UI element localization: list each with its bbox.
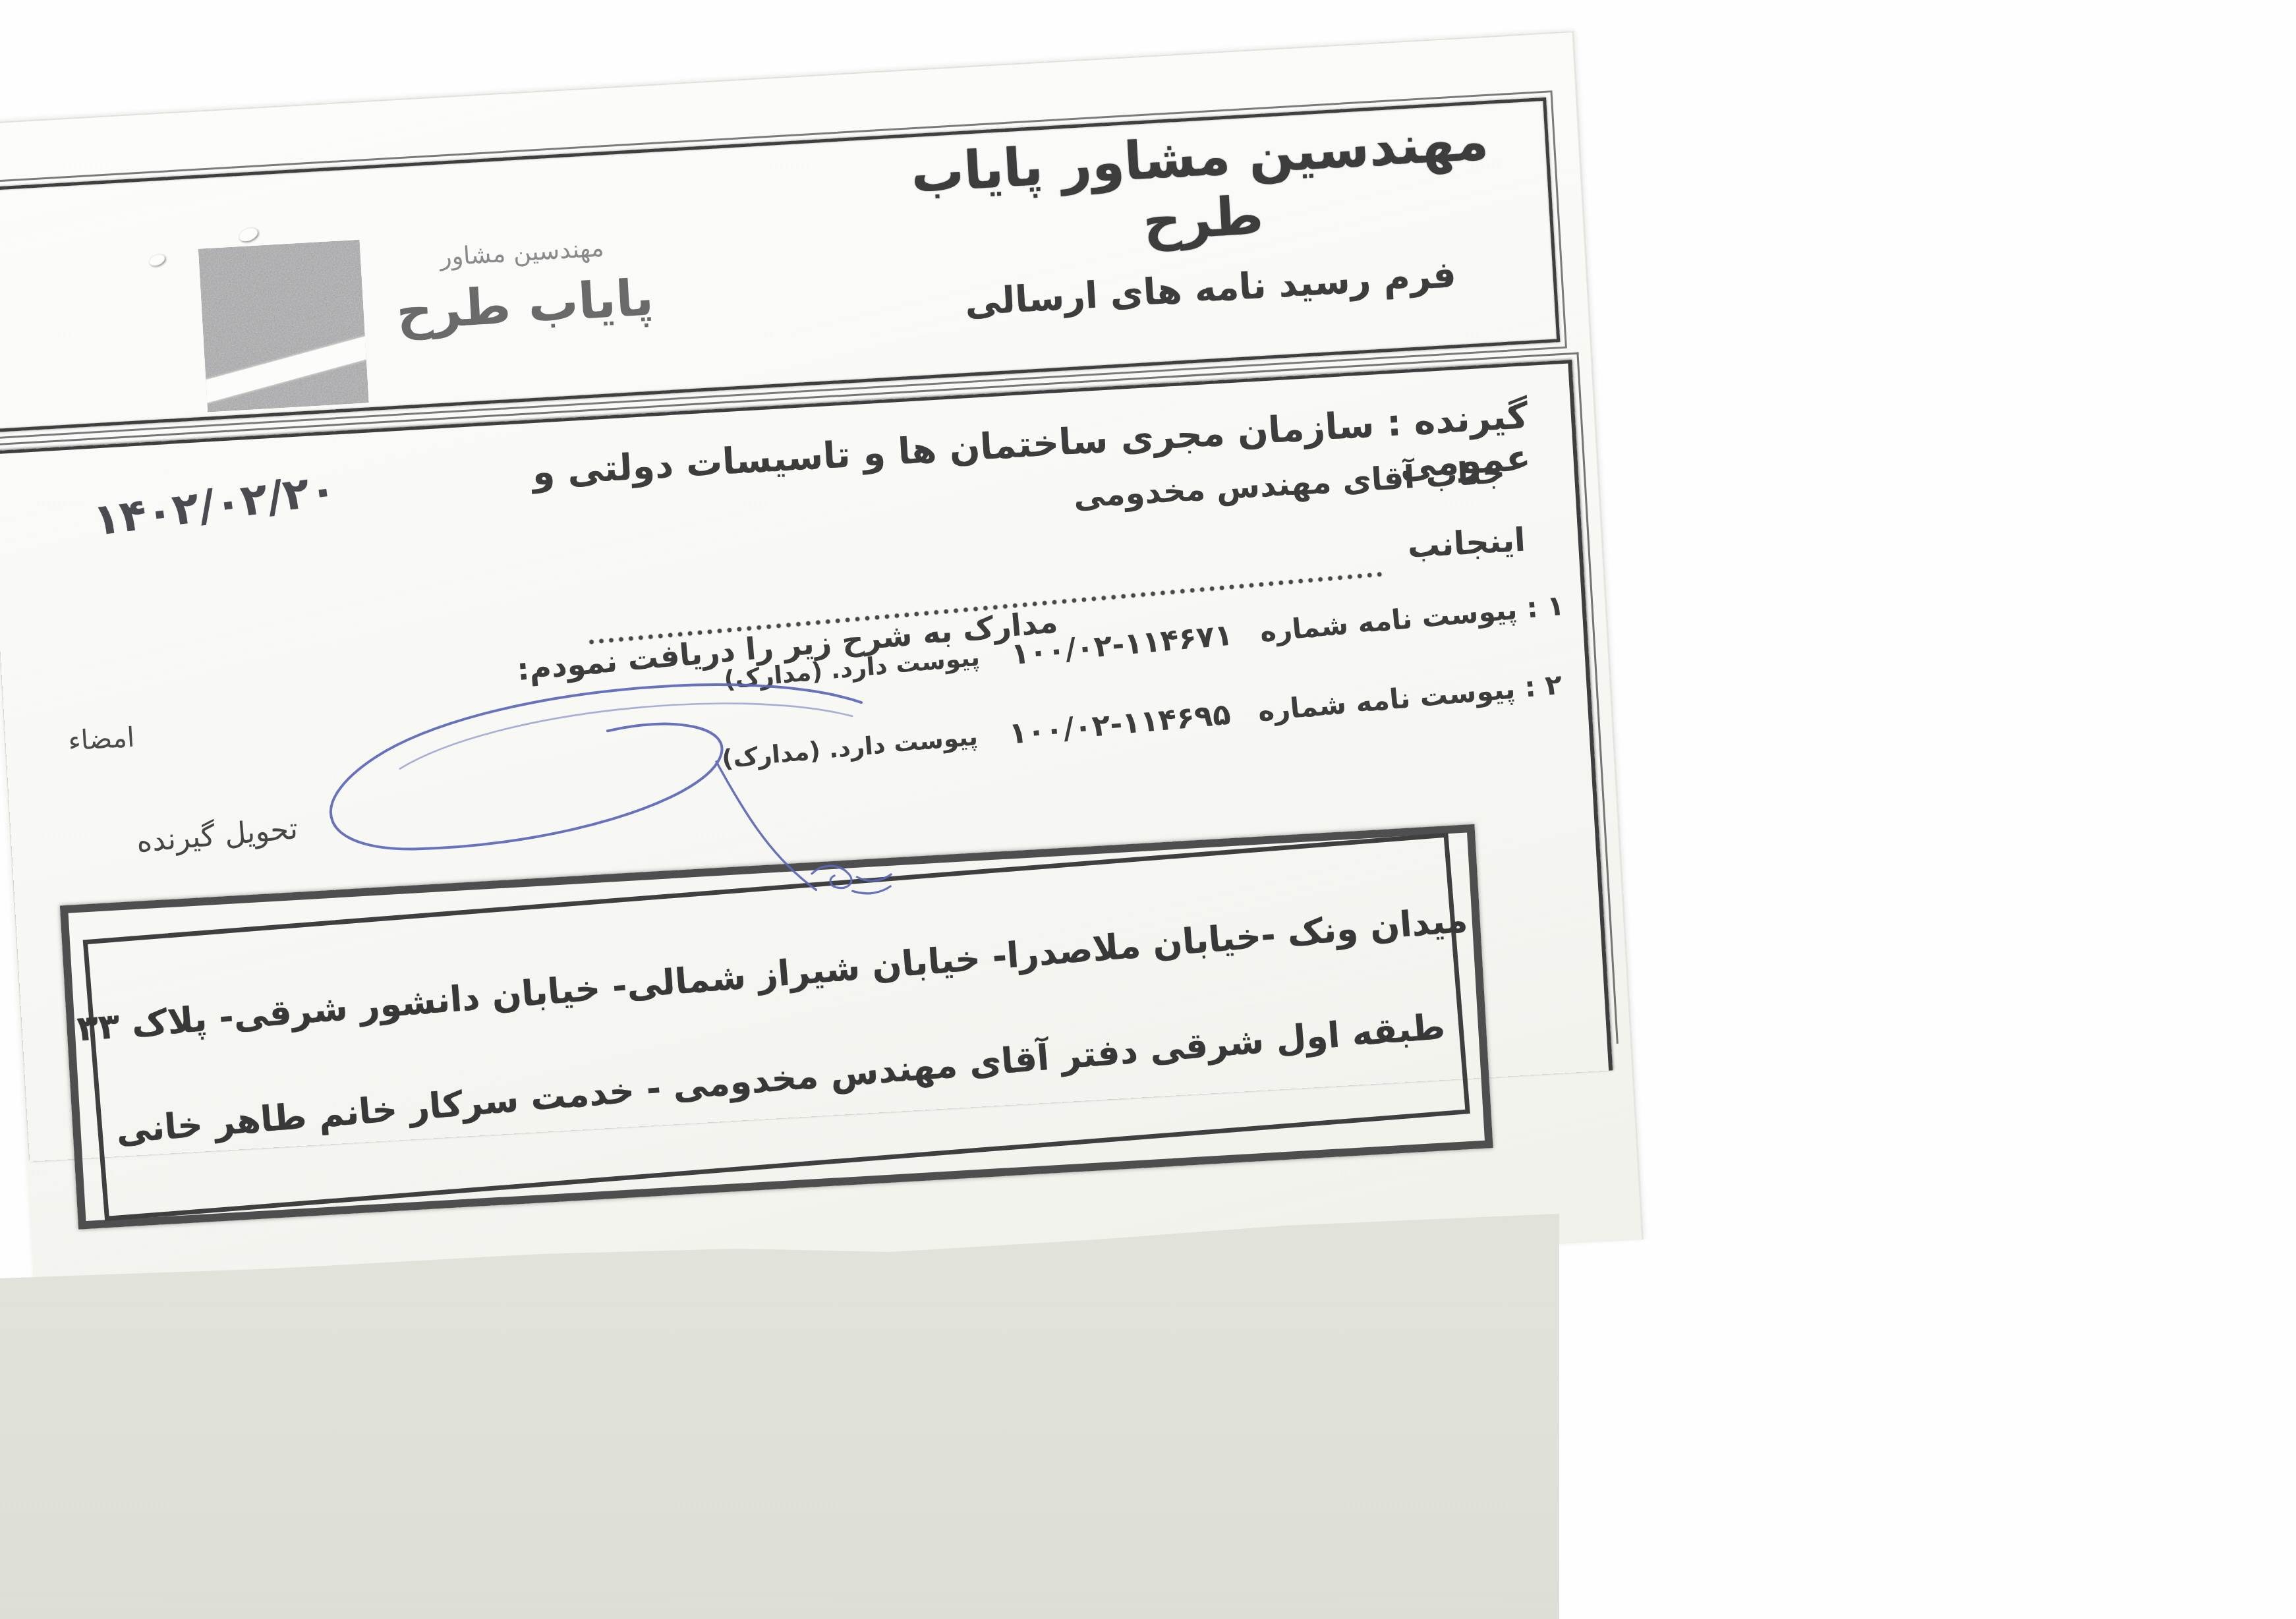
staple-hole-icon [148,252,167,268]
scanned-paper: مهندسین مشاور پایاب طرح مهندسین مشاور پا… [0,91,1752,1372]
signature-label: امضاء [67,722,135,757]
undersigned-label: اینجانب [1386,521,1526,567]
company-logo-icon [198,240,369,412]
scanned-receipt-page: مهندسین مشاور پایاب طرح مهندسین مشاور پا… [0,0,2296,1619]
pen-signature [276,651,911,969]
signature-strokes [276,651,911,969]
staple-hole-icon [237,225,260,244]
